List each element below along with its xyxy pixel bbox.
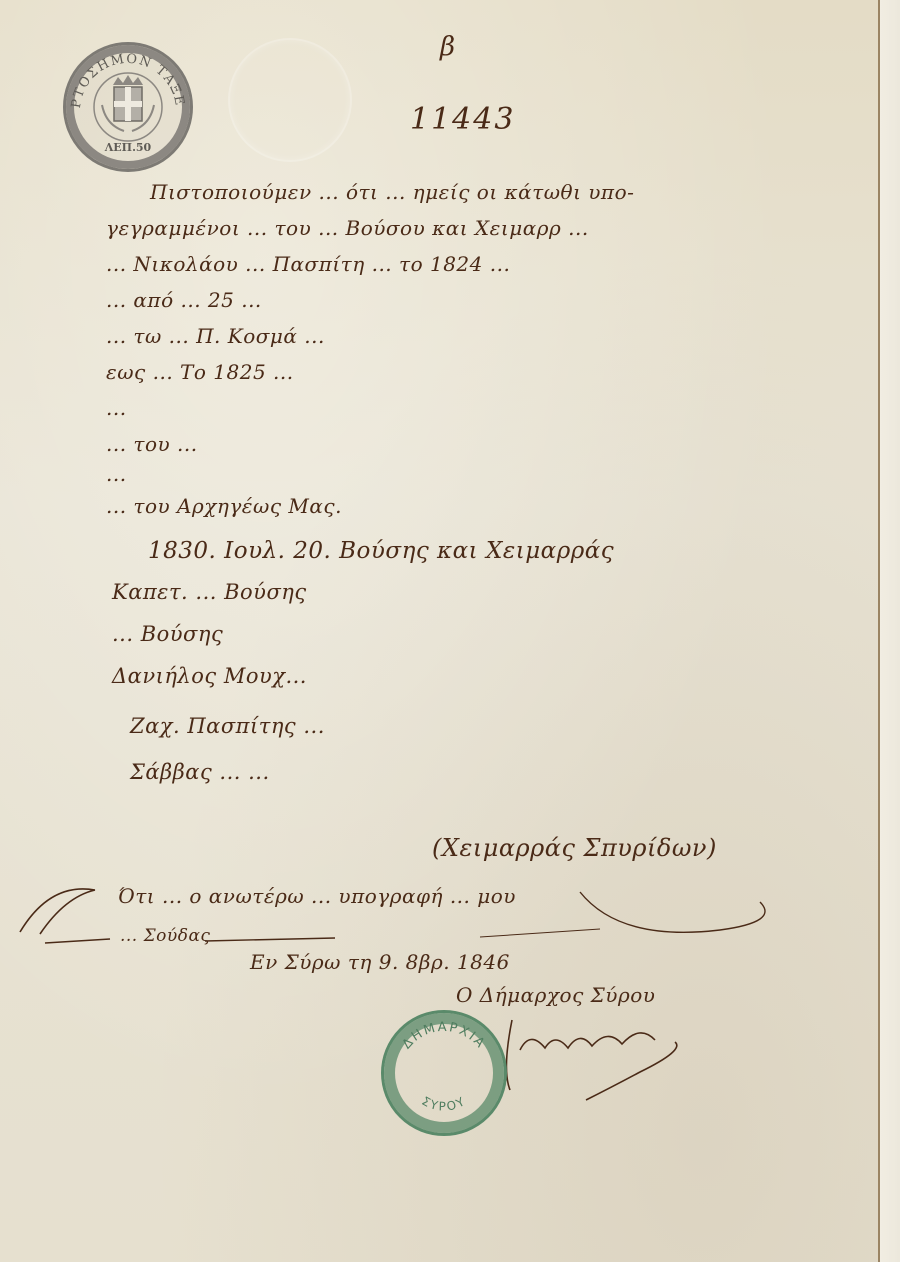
date-line: 1830. Ιουλ. 20. Βούσης και Χειμαρράς <box>148 538 614 564</box>
signatory: ... Βούσης <box>112 622 223 646</box>
embossed-seal <box>230 40 350 160</box>
body-line: γεγραμμένοι ... του ... Βούσου και Χειμα… <box>106 216 589 240</box>
signatory: Δανιήλος Μουχ... <box>112 664 307 688</box>
svg-text:ΔΗΜΑΡΧΙΑ: ΔΗΜΑΡΧΙΑ <box>400 1020 489 1052</box>
signatory: Ζαχ. Πασπίτης ... <box>130 714 325 738</box>
revenue-stamp: ΧΑΡΤΟΣΗΜΟΝ ΤΑΞΕΩΣ ΛΕΠ.50 <box>63 42 193 172</box>
signatory: Καπετ. ... Βούσης <box>112 580 307 604</box>
closing-signature: (Χειμαρράς Σπυρίδων) <box>432 834 717 862</box>
certification-line-2: ... Σούδας <box>120 926 210 946</box>
signatory: Σάββας ... ... <box>130 760 270 784</box>
body-line: ... από ... 25 ... <box>106 288 262 312</box>
svg-text:ΣΥΡΟΥ: ΣΥΡΟΥ <box>419 1094 468 1114</box>
stamp-value: ΛΕΠ.50 <box>66 141 190 154</box>
body-line: ... <box>106 396 127 420</box>
mayor-title: Ο Δήμαρχος Σύρου <box>456 983 655 1007</box>
body-line: ... Νικολάου ... Πασπίτη ... το 1824 ... <box>106 252 510 276</box>
certification-line-1: Ότι ... ο ανωτέρω ... υπογραφή ... μου <box>118 884 516 908</box>
body-line: ... του ... <box>106 432 198 456</box>
body-line: εως ... Το 1825 ... <box>106 360 294 384</box>
body-line: ... του Αρχηγέως Μας. <box>106 494 342 518</box>
place-date-line: Εν Σύρω τη 9. 8βρ. 1846 <box>250 950 510 974</box>
page-mark: β <box>440 32 456 62</box>
body-line: ... τω ... Π. Κοσμά ... <box>106 324 325 348</box>
backing-sheet <box>880 0 900 1262</box>
manuscript-page: ΧΑΡΤΟΣΗΜΟΝ ΤΑΞΕΩΣ ΛΕΠ.50 β 11443 Πιστοπο… <box>0 0 880 1262</box>
municipal-seal-icon: ΔΗΜΑΡΧΙΑ ΣΥΡΟΥ <box>384 1013 504 1133</box>
reference-number: 11443 <box>410 102 515 137</box>
municipal-stamp: ΔΗΜΑΡΧΙΑ ΣΥΡΟΥ <box>381 1010 507 1136</box>
body-line: Πιστοποιούμεν ... ότι ... ημείς οι κάτωθ… <box>150 180 634 204</box>
